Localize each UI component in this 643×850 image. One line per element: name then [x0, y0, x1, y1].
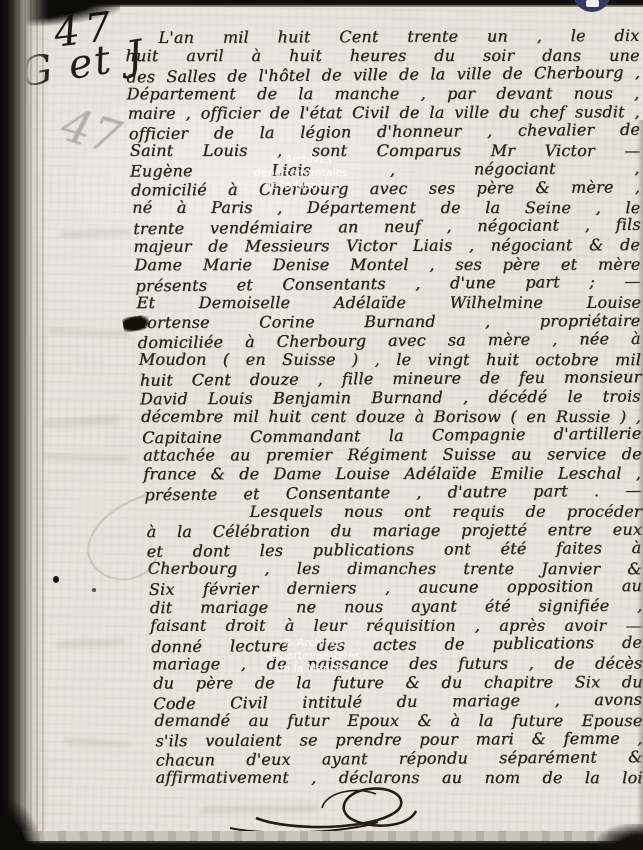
scan-edge-right: [637, 120, 643, 850]
pencil-act-number: 47: [57, 101, 126, 161]
scan-edge-bottom: [0, 841, 643, 850]
manuscript-line: faisant droit à leur réquisition , après…: [150, 616, 642, 635]
scan-corner-bottom-right: [596, 824, 643, 850]
manuscript-line: Code Civil intitulé du mariage , avons: [154, 690, 643, 714]
manuscript-line: domicilié à Cherbourg avec ses père & mè…: [131, 177, 640, 199]
show-through-mark: [40, 453, 130, 462]
manuscript-line: L'an mil huit Cent trente un , le dix: [124, 26, 639, 47]
show-through-mark: [55, 639, 125, 648]
manuscript-line: demandé au futur Epoux & à la future Epo…: [154, 711, 642, 730]
manuscript-line: né à Paris , Département de la Seine , l…: [132, 198, 640, 217]
manuscript-line: Cherbourg , les dimanches trente Janvier…: [148, 559, 642, 578]
show-through-mark: [60, 229, 130, 238]
manuscript-line: Saint Louis , sont Comparus Mr Victor —: [129, 141, 640, 160]
manuscript-line: Lesquels nous ont requis de procéder: [145, 502, 641, 521]
manuscript-line: Et Demoiselle Adélaïde Wilhelmine Louise: [136, 293, 641, 312]
show-through-mark: [42, 416, 120, 427]
manuscript-line: attachée au premier Régiment Suisse au s…: [143, 444, 642, 464]
manuscript-text: L'an mil huit Cent trente un , le dixhui…: [124, 26, 642, 788]
manuscript-line: majeur de Messieurs Victor Liais , négoc…: [134, 235, 641, 256]
viewer-control-button[interactable]: [573, 0, 611, 12]
manuscript-line: officier de la légion d'honneur , cheval…: [129, 120, 640, 144]
expand-square-icon: [586, 0, 599, 7]
show-through-mark: [64, 738, 130, 747]
pencil-scribble: [52, 480, 162, 600]
manuscript-line: dit mariage ne nous ayant été signifiée …: [149, 596, 642, 617]
manuscript-line: Moudon ( en Suisse ) , le vingt huit oct…: [139, 350, 641, 369]
scan-corner-bottom-left: [0, 800, 40, 850]
manuscript-line: domiciliée à Cherbourg avec sa mère , né…: [138, 329, 641, 352]
ink-speck: [53, 576, 59, 583]
binding-edge-streaks: [0, 0, 46, 850]
manuscript-line: mariage , de naissance des futurs , de d…: [152, 653, 642, 673]
manuscript-line: Département de la manche , par devant no…: [127, 84, 640, 104]
manuscript-line: décembre mil huit cent douze à Borisow (…: [141, 407, 641, 426]
show-through-mark: [48, 329, 132, 338]
manuscript-line: présente et Consentante , d'autre part .…: [144, 481, 641, 505]
manuscript-line: présents et Consentants , d'une part ; —: [135, 272, 640, 296]
manuscript-line: huit avril à huit heures du soir dans un…: [125, 46, 639, 65]
manuscript-line: chacun d'eux ayant répondu séparément &: [155, 747, 642, 769]
document-scan: L'an mil huit Cent trente un , le dixhui…: [0, 0, 643, 850]
ink-speck: [92, 588, 96, 592]
manuscript-line: et dont les publications ont été faites …: [147, 538, 642, 561]
manuscript-line: David Louis Benjamin Burnand , décédé le…: [140, 387, 641, 409]
